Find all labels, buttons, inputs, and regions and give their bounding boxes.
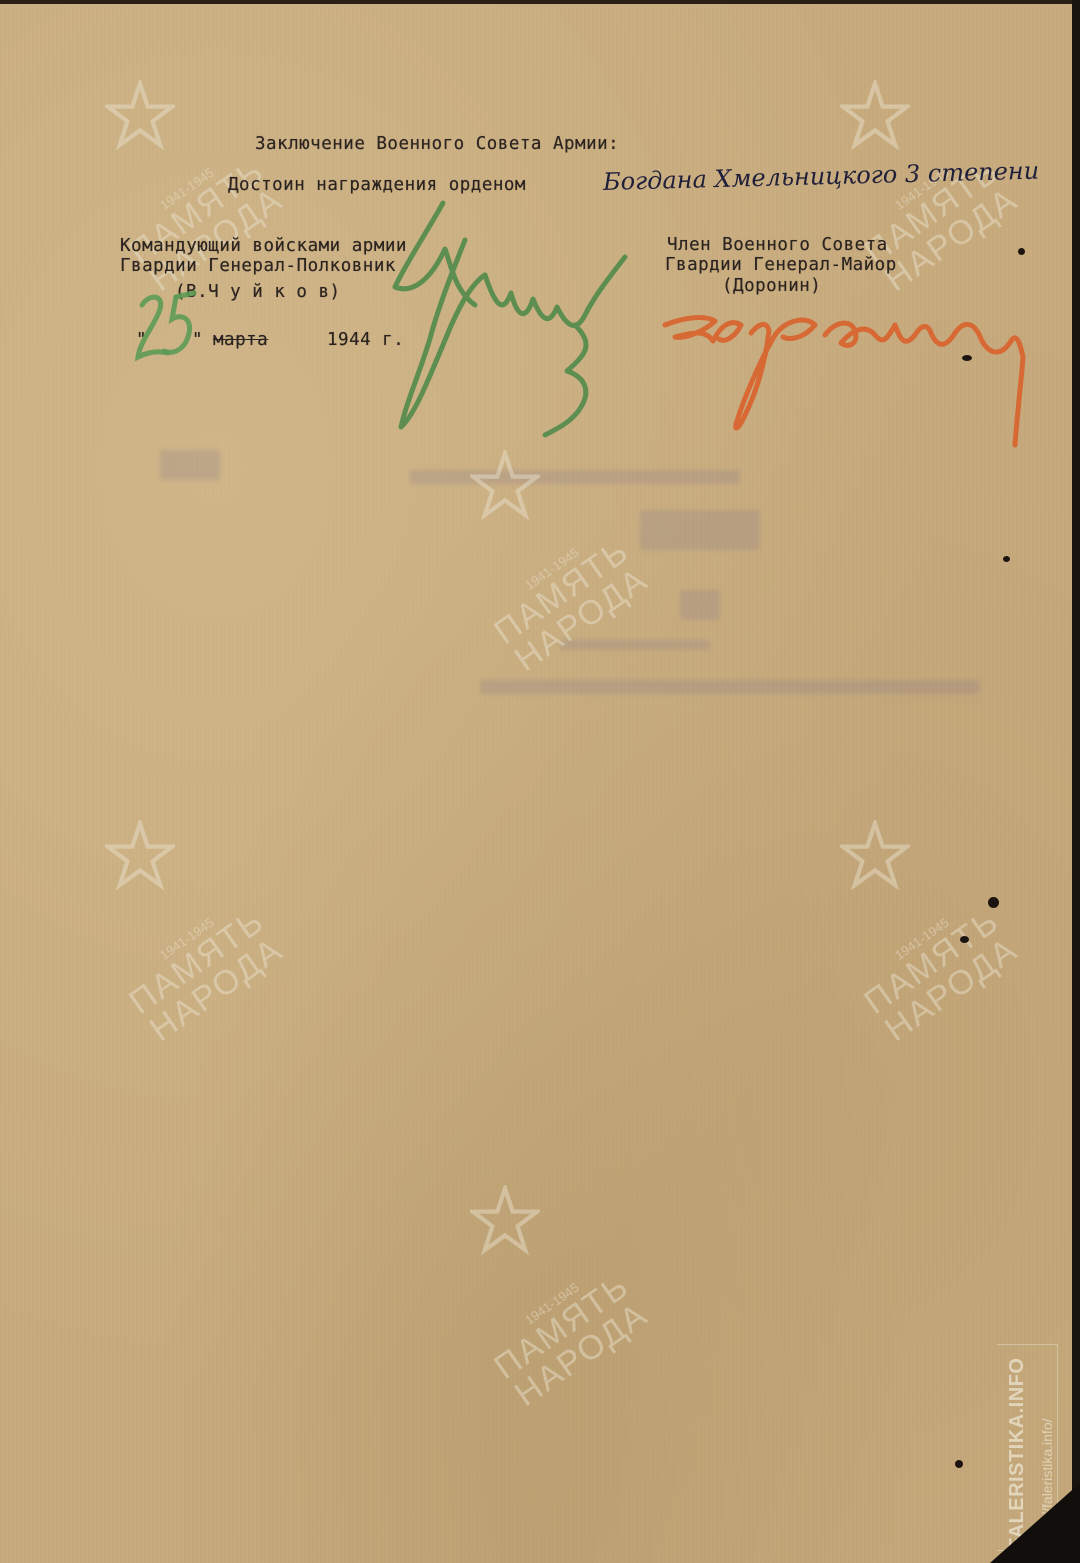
paper-stain xyxy=(1003,556,1010,562)
star-icon xyxy=(470,450,540,520)
date-day-handwritten-25 xyxy=(130,285,200,375)
left-signatory-rank: Гвардии Генерал-Полковник xyxy=(120,256,396,276)
scan-right-edge xyxy=(1072,0,1080,1563)
left-signatory-position: Командующий войсками армии xyxy=(120,236,407,256)
bleed-through-mark xyxy=(160,450,220,480)
right-signatory-position: Член Военного Совета xyxy=(667,235,888,255)
star-icon xyxy=(840,820,910,890)
star-icon xyxy=(105,80,175,150)
paper-stain xyxy=(960,936,969,943)
paper-stain xyxy=(1018,248,1025,255)
scan-top-edge xyxy=(0,0,1080,4)
bleed-through-mark xyxy=(560,640,710,650)
right-signatory-rank: Гвардии Генерал-Майор xyxy=(665,255,897,275)
bleed-through-mark xyxy=(640,510,760,550)
right-signatory-name: (Доронин) xyxy=(722,276,821,296)
paper-stain xyxy=(955,1460,963,1468)
scan-corner-shadow xyxy=(990,1483,1080,1563)
award-verdict-typed: Достоин награждения орденом xyxy=(228,175,526,195)
chuikov-signature xyxy=(385,195,645,445)
bleed-through-mark xyxy=(410,470,740,484)
doronin-signature xyxy=(655,295,1055,455)
paper-stain xyxy=(962,355,972,361)
council-conclusion-heading: Заключение Военного Совета Армии: xyxy=(255,134,619,154)
paper-stain xyxy=(988,897,999,908)
scanned-document-page: 1941-1945 ПАМЯТЬ НАРОДА 1941-1945 ПАМЯТЬ… xyxy=(0,0,1072,1563)
pamyat-naroda-watermark: 1941-1945 ПАМЯТЬ НАРОДА xyxy=(830,820,1050,1040)
bleed-through-mark xyxy=(680,590,720,620)
pamyat-naroda-watermark: 1941-1945 ПАМЯТЬ НАРОДА xyxy=(460,1185,680,1405)
award-order-handwritten: Богдана Хмельницкого 3 степени xyxy=(603,157,1040,196)
bleed-through-mark xyxy=(480,680,980,694)
date-month-struck: марта xyxy=(213,330,268,350)
pamyat-naroda-watermark: 1941-1945 ПАМЯТЬ НАРОДА xyxy=(95,820,315,1040)
star-icon xyxy=(470,1185,540,1255)
star-icon xyxy=(105,820,175,890)
star-icon xyxy=(840,80,910,150)
